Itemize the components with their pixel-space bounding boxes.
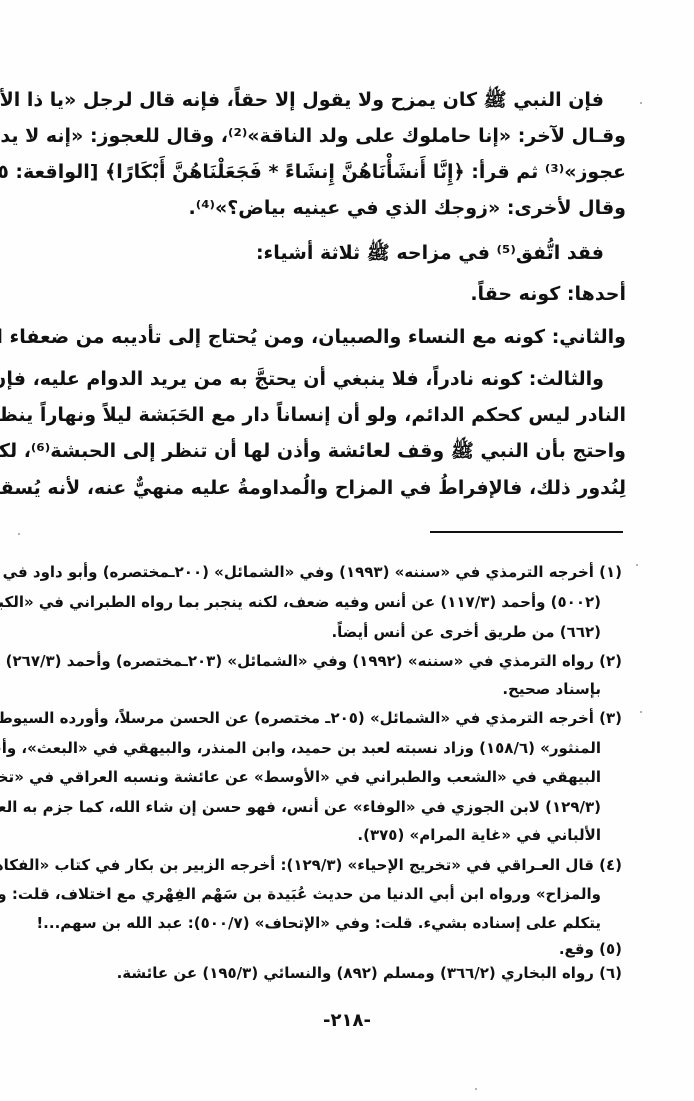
footnote-line: (٥٠٠٢) وأحمد (١١٧/٣) عن أنس وفيه ضعف، لك…: [53, 590, 601, 614]
scan-speck: [475, 1088, 477, 1090]
main-text-line: وقـال لآخر: «إنا حاملوك على ولد الناقة»⁽…: [57, 122, 626, 150]
footnote-line: المنثور» (١٥٨/٦) وزاد نسبته لعبد بن حميد…: [53, 736, 601, 760]
footnote-line: (٢) رواه الترمذي في «سننه» (١٩٩٢) وفي «ا…: [53, 649, 622, 673]
main-text-line: والثاني: كونه مع النساء والصبيان، ومن يُ…: [57, 323, 626, 351]
page-number: -٢١٨-: [300, 1010, 394, 1031]
main-text-line: فقد اتُّفق⁽⁵⁾ في مزاحه ﷺ ثلاثة أشياء:: [57, 239, 626, 267]
footnote-line: (١) أخرجه الترمذي في «سننه» (١٩٩٣) وفي «…: [53, 560, 622, 584]
scan-speck: [640, 102, 642, 104]
footnote-line: (٣) أخرجه الترمذي في «الشمائل» (٢٠٥ـ مخت…: [53, 706, 622, 730]
main-text-line: وقال لأخرى: «زوجك الذي في عينيه بياض؟»⁽⁴…: [57, 194, 626, 222]
main-text-line: عجوز»⁽³⁾ ثم قرأ: ﴿إِنَّا أَنشَأْنَاهُنَّ…: [57, 158, 626, 186]
footnote-line: البيهقي في «الشعب والطبراني في «الأوسط» …: [53, 765, 601, 789]
footnote-line: (٦٦٢) من طريق أخرى عن أنس أيضاً.: [53, 620, 601, 644]
footnote-line: والمزاح» ورواه ابن أبي الدنيا من حديث عُ…: [53, 882, 601, 906]
footnote-separator: [430, 531, 623, 533]
footnote-line: بإسناد صحيح.: [53, 677, 601, 701]
scan-speck: [31, 137, 33, 139]
scan-speck: [636, 564, 638, 566]
footnote-line: (١٢٩/٣) لابن الجوزي في «الوفاء» عن أنس، …: [53, 795, 601, 819]
scan-speck: [18, 533, 20, 535]
footnote-line: (٦) رواه البخاري (٣٦٦/٢) ومسلم (٨٩٢) وال…: [53, 961, 622, 985]
main-text-line: واحتج بأن النبي ﷺ وقف لعائشة وأذن لها أن…: [57, 437, 626, 465]
book-page: فإن النبي ﷺ كان يمزح ولا يقول إلا حقاً، …: [0, 0, 694, 1101]
footnote-line: (٥) وقع.: [53, 937, 622, 961]
footnote-line: (٤) قال العـراقي في «تخريج الإحياء» (١٢٩…: [53, 853, 622, 877]
main-text-line: النادر ليس كحكم الدائم، ولو أن إنساناً د…: [57, 401, 626, 429]
footnote-line: الألباني في «غاية المرام» (٣٧٥).: [53, 823, 601, 847]
main-text-line: أحدها: كونه حقاً.: [57, 280, 626, 308]
main-text-line: والثالث: كونه نادراً، فلا ينبغي أن يحتجَ…: [57, 365, 626, 393]
main-text-line: لِنُدور ذلك، فالإفراطُ في المزاح والُمدا…: [57, 474, 626, 502]
scan-speck: [640, 711, 642, 713]
main-text-line: فإن النبي ﷺ كان يمزح ولا يقول إلا حقاً، …: [57, 86, 626, 114]
footnote-line: يتكلم على إسناده بشيء. قلت: وفي «الإتحاف…: [53, 911, 601, 935]
